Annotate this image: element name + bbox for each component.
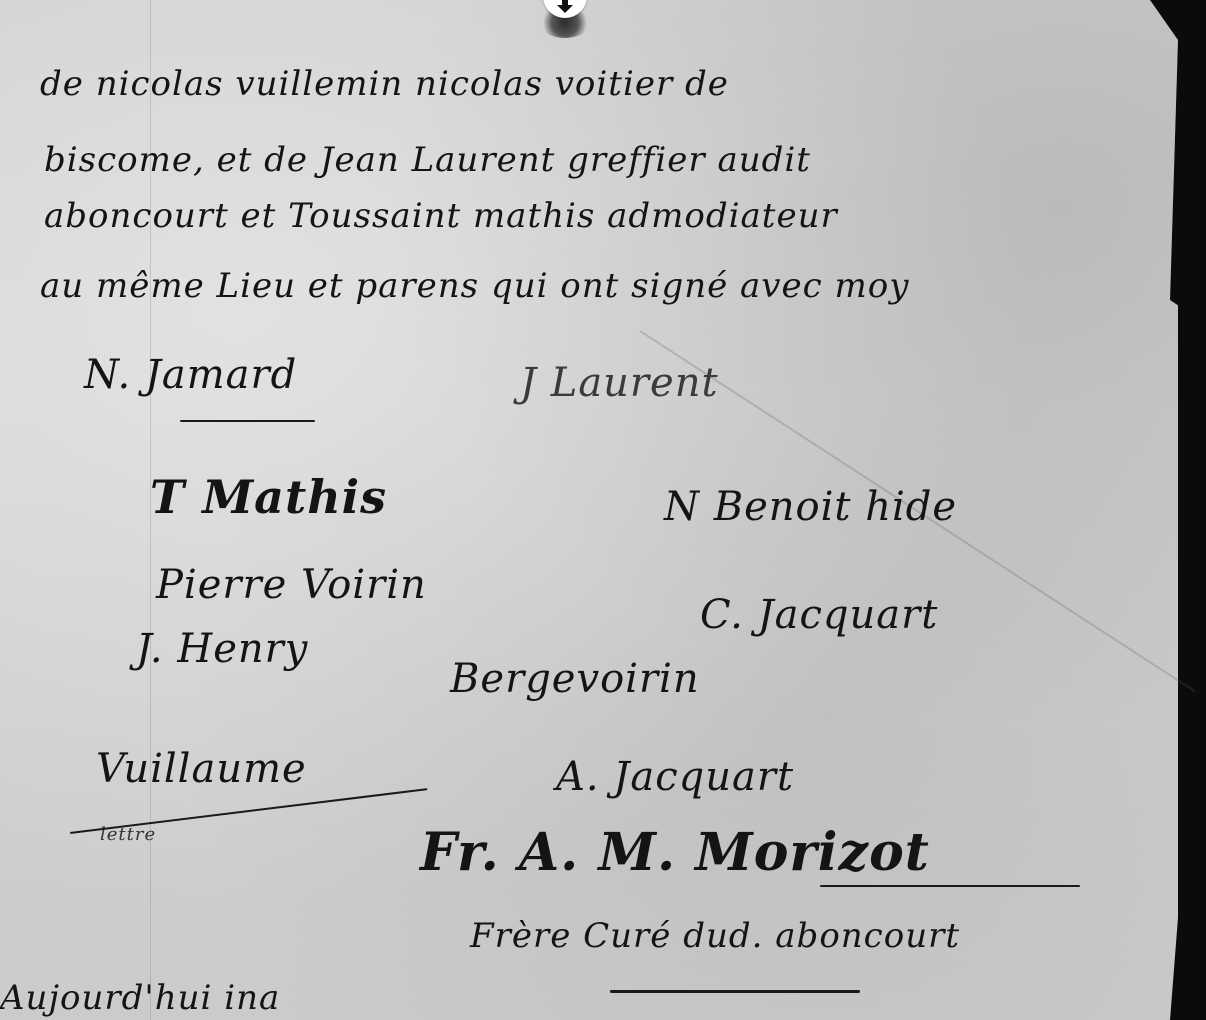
body-line-1: de nicolas vuillemin nicolas voitier de <box>40 64 729 104</box>
manuscript-page: de nicolas vuillemin nicolas voitier de … <box>0 0 1178 1020</box>
signature-laurent: J Laurent <box>520 360 719 406</box>
body-line-3: aboncourt et Toussaint mathis admodiateu… <box>44 196 838 236</box>
signature-jamard: N. Jamard <box>84 352 297 398</box>
body-line-2: biscome, et de Jean Laurent greffier aud… <box>44 140 811 180</box>
signature-pierre-voirin: Pierre Voirin <box>156 562 427 608</box>
signature-a-jacquart: A. Jacquart <box>556 754 794 800</box>
arrow-down-icon <box>555 0 575 15</box>
cure-line: Frère Curé dud. aboncourt <box>470 916 960 956</box>
signature-vuillaume: Vuillaume <box>96 746 307 792</box>
cure-underline <box>610 990 860 993</box>
next-entry-start: Aujourd'hui ina <box>0 978 280 1018</box>
signature-morizot-underline <box>820 885 1080 887</box>
signature-morizot: Fr. A. M. Morizot <box>420 822 930 883</box>
signature-flourish <box>70 788 428 834</box>
signature-underline <box>180 420 315 422</box>
signature-bergevoirin: Bergevoirin <box>450 656 700 702</box>
signature-benoit: N Benoit hide <box>664 484 957 530</box>
signature-mathis: T Mathis <box>150 470 387 524</box>
signature-c-jacquart: C. Jacquart <box>700 592 938 638</box>
signature-henry: J. Henry <box>136 626 308 672</box>
body-line-4: au même Lieu et parens qui ont signé ave… <box>40 266 909 306</box>
document-viewer: de nicolas vuillemin nicolas voitier de … <box>0 0 1206 1020</box>
